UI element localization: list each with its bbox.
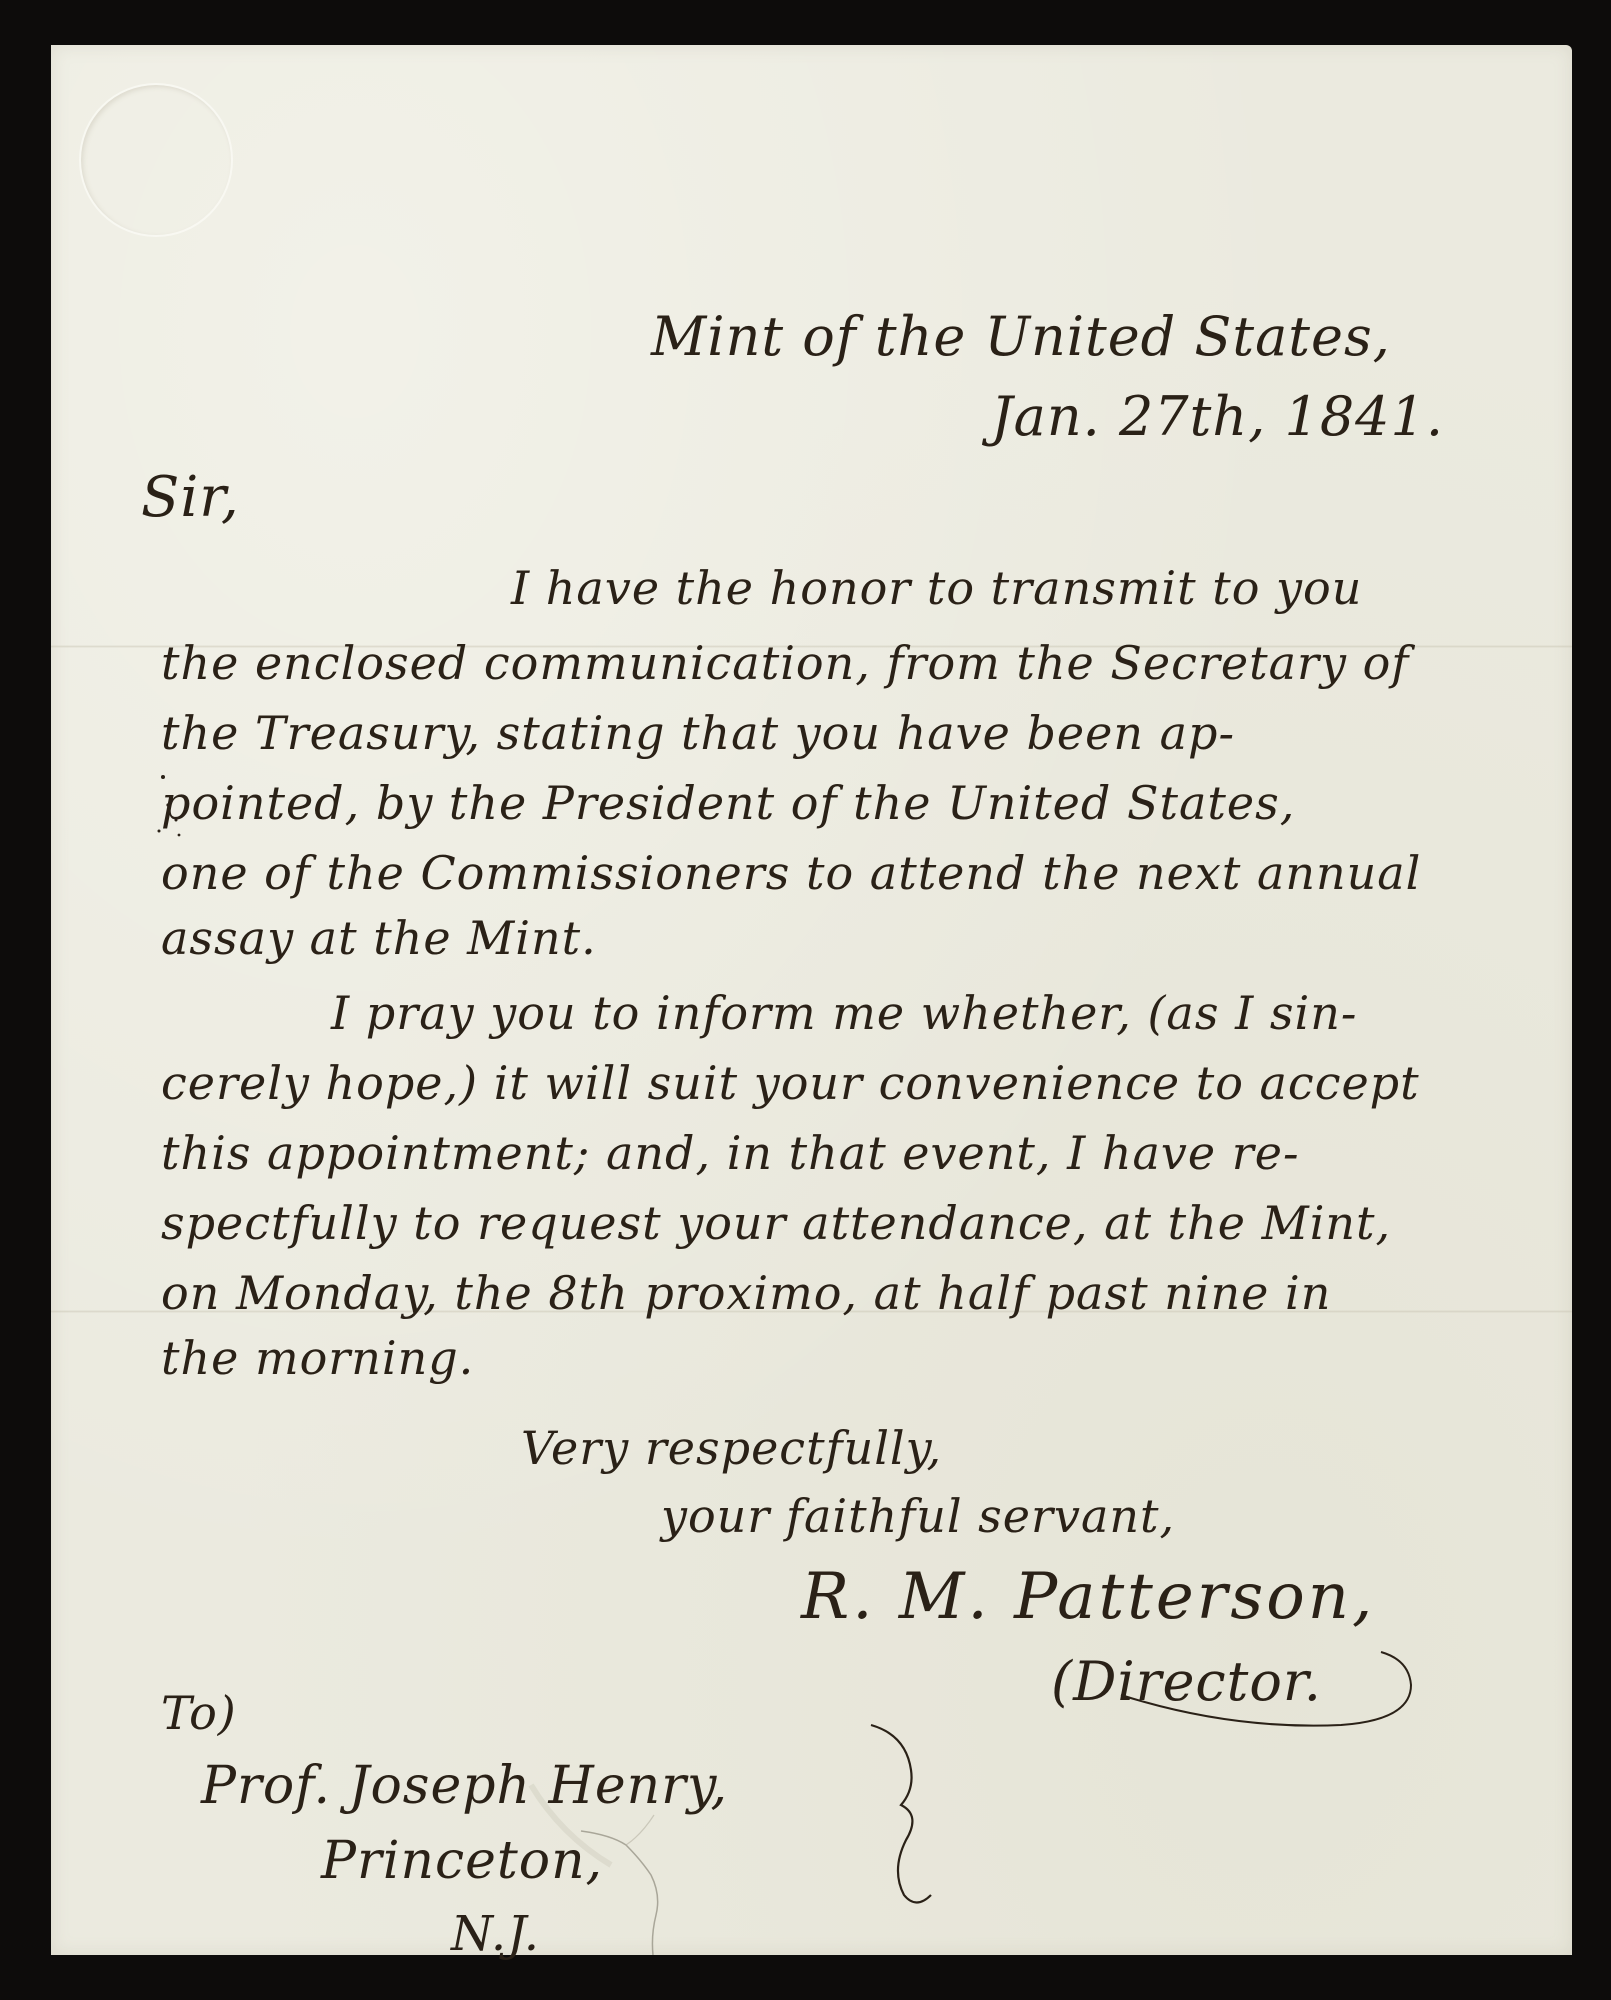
salutation: Sir, xyxy=(141,470,240,526)
curly-brace-mark xyxy=(866,1720,936,1910)
signature: R. M. Patterson, xyxy=(801,1565,1375,1629)
letter-paper: Mint of the United States, Jan. 27th, 18… xyxy=(51,45,1572,1955)
body-line: the Treasury, stating that you have been… xyxy=(161,710,1235,756)
recipient-name: Prof. Joseph Henry, xyxy=(201,1760,728,1812)
body-line: the enclosed communication, from the Sec… xyxy=(161,640,1409,686)
scanned-letter: Mint of the United States, Jan. 27th, 18… xyxy=(0,0,1611,2000)
body-line: pointed, by the President of the United … xyxy=(161,780,1295,826)
body-line: this appointment; and, in that event, I … xyxy=(161,1130,1300,1176)
body-line: the morning. xyxy=(161,1335,474,1381)
closing-line: Very respectfully, xyxy=(521,1425,942,1471)
body-line: one of the Commissioners to attend the n… xyxy=(161,850,1421,896)
body-line: cerely hope,) it will suit your convenie… xyxy=(161,1060,1420,1106)
signature-flourish xyxy=(1111,1640,1431,1740)
closing-line: your faithful servant, xyxy=(661,1493,1175,1539)
recipient-city: Princeton, xyxy=(321,1835,603,1887)
body-line: I pray you to inform me whether, (as I s… xyxy=(331,990,1357,1036)
letter-heading-place: Mint of the United States, xyxy=(651,310,1391,364)
embossed-seal-mark xyxy=(79,83,233,237)
letter-date: Jan. 27th, 1841. xyxy=(991,390,1444,444)
recipient-state: N.J. xyxy=(451,1910,540,1958)
body-line: assay at the Mint. xyxy=(161,915,597,961)
address-to-label: To) xyxy=(161,1690,237,1736)
body-line: spectfully to request your attendance, a… xyxy=(161,1200,1391,1246)
body-line: I have the honor to transmit to you xyxy=(511,565,1362,611)
body-line: on Monday, the 8th proximo, at half past… xyxy=(161,1270,1331,1316)
